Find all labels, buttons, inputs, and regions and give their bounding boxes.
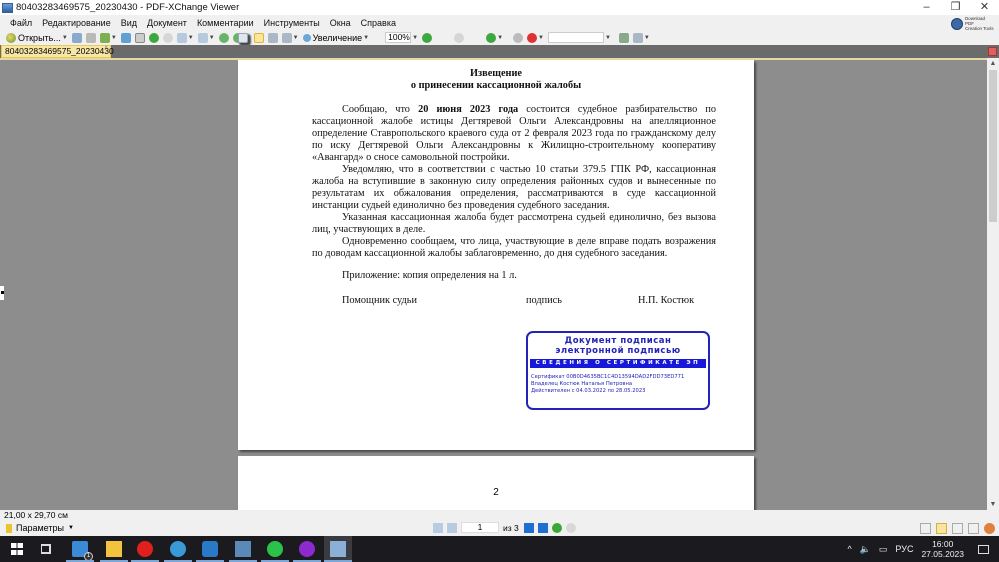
- file-explorer-icon[interactable]: [106, 541, 122, 557]
- rotate-left-icon: [219, 33, 229, 43]
- zoom-in-button[interactable]: [422, 31, 432, 44]
- paragraph: Указанная кассационная жалоба будет расс…: [312, 212, 716, 236]
- menu-help[interactable]: Справка: [361, 18, 396, 28]
- pdf-page-2: 2: [238, 456, 754, 510]
- pdf-page-1: Извещение о принесении кассационной жало…: [238, 60, 754, 450]
- snapshot-button[interactable]: ▼: [282, 31, 299, 44]
- snapshot-icon: [282, 33, 292, 43]
- signer-name: Н.П. Костюк: [638, 295, 694, 307]
- search-input[interactable]: [548, 32, 604, 43]
- chevron-down-icon: ▼: [644, 35, 650, 41]
- scan-icon: [121, 33, 131, 43]
- menu-bar: Файл Редактирование Вид Документ Коммент…: [0, 15, 999, 30]
- pen-icon: [633, 33, 643, 43]
- back-view-button[interactable]: [566, 523, 576, 533]
- view-button[interactable]: [513, 31, 523, 44]
- attachment-note: Приложение: копия определения на 1 л.: [342, 270, 517, 282]
- pen-tool-button[interactable]: ▼: [633, 31, 650, 44]
- previous-page-button[interactable]: [447, 523, 457, 533]
- redo-button[interactable]: ▼: [198, 31, 215, 44]
- document-properties-icon: [135, 33, 145, 43]
- document-view[interactable]: Извещение о принесении кассационной жало…: [0, 58, 987, 510]
- page-number: 2: [238, 487, 754, 498]
- show-hidden-icons-icon[interactable]: ^: [847, 544, 851, 554]
- fit-width-icon: [238, 33, 248, 43]
- email-button[interactable]: ▼: [100, 31, 117, 44]
- chevron-down-icon: ▼: [293, 35, 299, 41]
- undo-button[interactable]: ▼: [177, 31, 194, 44]
- stamp-certificate-header: СВЕДЕНИЯ О СЕРТИФИКАТЕ ЭП: [530, 359, 706, 368]
- notice-subtitle: о принесении кассационной жалобы: [238, 80, 754, 92]
- tab-label: 80403283469575_20230430: [5, 46, 114, 56]
- menu-windows[interactable]: Окна: [330, 18, 351, 28]
- hand-tool-button[interactable]: [254, 31, 264, 44]
- current-page-input[interactable]: 1: [461, 522, 499, 533]
- task-view-icon[interactable]: [41, 544, 51, 554]
- scan-button[interactable]: [121, 31, 131, 44]
- save-icon: [72, 33, 82, 43]
- windows-start-icon[interactable]: [11, 543, 23, 555]
- opera-browser-icon[interactable]: [137, 541, 153, 557]
- parameters-button[interactable]: Параметры ▼: [6, 523, 74, 533]
- rotate-left-button[interactable]: [219, 31, 229, 44]
- notice-title: Извещение: [238, 68, 754, 80]
- telegram-icon[interactable]: [170, 541, 186, 557]
- binoculars-icon: [527, 33, 537, 43]
- clock-time: 16:00: [921, 539, 964, 549]
- zoom-tool-button[interactable]: Увеличение▼: [303, 31, 370, 44]
- clock-date: 27.05.2023: [921, 549, 964, 559]
- signature-label: подпись: [526, 295, 562, 307]
- stamp-line2: электронной подписью: [555, 346, 680, 356]
- open-label: Открыть...: [18, 33, 61, 43]
- network-icon[interactable]: ▭: [879, 544, 888, 555]
- chevron-down-icon: ▼: [111, 35, 117, 41]
- main-toolbar: Открыть...▼ ▼ ▼ ▼ ▼ ▼ Увеличение▼ 100%▼ …: [0, 30, 999, 45]
- forward-view-button[interactable]: [552, 523, 562, 533]
- save-button[interactable]: [72, 31, 82, 44]
- print-icon: [86, 33, 96, 43]
- sign-button[interactable]: [619, 31, 629, 44]
- continuous-page-icon[interactable]: [936, 523, 947, 534]
- windows-taskbar: 1 ^ 🔈 ▭ РУС 16:00 27.05.2023: [0, 536, 999, 562]
- system-tray: ^ 🔈 ▭ РУС 16:00 27.05.2023: [847, 536, 999, 562]
- zoom-level-input[interactable]: 100%: [385, 32, 411, 43]
- chevron-down-icon: ▼: [497, 35, 503, 41]
- document-tab[interactable]: 80403283469575_20230430 ×: [1, 45, 111, 58]
- open-icon: [6, 33, 16, 43]
- scrollbar-thumb[interactable]: [989, 70, 997, 222]
- electronic-signature-stamp: Документ подписанэлектронной подписью СВ…: [526, 331, 710, 410]
- document-tab-strip: 80403283469575_20230430 ×: [0, 45, 999, 58]
- back-arrow-icon: [149, 33, 159, 43]
- mail-app-icon[interactable]: 1: [72, 541, 88, 557]
- paragraph: Одновременно сообщаем, что лица, участву…: [312, 236, 716, 260]
- parameters-label: Параметры: [16, 523, 64, 533]
- paragraph: Уведомляю, что в соответствии с частью 1…: [312, 164, 716, 212]
- chevron-down-icon: ▼: [538, 35, 544, 41]
- podcast-app-icon[interactable]: [299, 541, 315, 557]
- stamp-certificate: Сертификат 00B0D4635BC1C4D13594DAD2FDD73…: [531, 374, 708, 381]
- chevron-down-icon: ▼: [363, 35, 369, 41]
- page-navigation: 1 из 3: [433, 522, 580, 533]
- menu-file[interactable]: Файл: [10, 18, 32, 28]
- chevron-down-icon: ▼: [188, 35, 194, 41]
- outlook-icon[interactable]: [202, 541, 218, 557]
- window-title: 80403283469575_20230430 - PDF-XChange Vi…: [16, 2, 239, 13]
- hand-options-icon[interactable]: [984, 523, 995, 534]
- add-button[interactable]: ▼: [486, 31, 503, 44]
- page-layout-modes: [915, 523, 995, 534]
- continuous-facing-icon[interactable]: [968, 523, 979, 534]
- scroll-down-icon[interactable]: ▼: [987, 501, 999, 508]
- menu-tools[interactable]: Инструменты: [264, 18, 320, 28]
- tab-pin-icon[interactable]: ×: [104, 43, 108, 54]
- minimize-button[interactable]: –: [912, 0, 941, 15]
- notice-body: Сообщаю, что 20 июня 2023 года состоится…: [312, 104, 716, 260]
- menu-document[interactable]: Документ: [147, 18, 187, 28]
- scroll-up-icon[interactable]: ▲: [987, 60, 999, 67]
- search-tool-button[interactable]: ▼: [527, 31, 544, 44]
- sign-icon: [619, 33, 629, 43]
- side-panel-handle[interactable]: [0, 286, 4, 300]
- vertical-scrollbar[interactable]: ▲ ▼: [987, 58, 999, 510]
- paragraph: Сообщаю, что 20 июня 2023 года состоится…: [312, 104, 716, 164]
- zoom-in-icon: [422, 33, 432, 43]
- forward-arrow-icon: [163, 33, 173, 43]
- hand-tool-icon: [254, 33, 264, 43]
- signer-role: Помощник судьи: [342, 295, 417, 307]
- badge-line1: Download PDF: [965, 16, 985, 26]
- select-text-button[interactable]: [268, 31, 278, 44]
- whatsapp-icon[interactable]: [267, 541, 283, 557]
- search-dropdown-icon[interactable]: ▼: [605, 35, 611, 41]
- last-page-button[interactable]: [538, 523, 548, 533]
- open-button[interactable]: Открыть...▼: [6, 31, 68, 44]
- stamp-line1: Документ подписан: [565, 336, 672, 346]
- mail-badge: 1: [84, 552, 93, 561]
- forward-button[interactable]: [163, 31, 173, 44]
- chevron-down-icon: ▼: [209, 35, 215, 41]
- close-document-button[interactable]: [988, 47, 997, 56]
- menu-view[interactable]: Вид: [121, 18, 137, 28]
- print-button[interactable]: [86, 31, 96, 44]
- remote-desktop-icon[interactable]: [235, 541, 251, 557]
- language-indicator[interactable]: РУС: [895, 544, 913, 554]
- single-page-icon[interactable]: [920, 523, 931, 534]
- maximize-button[interactable]: ❐: [941, 0, 970, 15]
- chevron-down-icon: ▼: [68, 525, 74, 531]
- menu-comments[interactable]: Комментарии: [197, 18, 254, 28]
- email-icon: [100, 33, 110, 43]
- zoom-label: Увеличение: [313, 33, 363, 43]
- typewriter-button[interactable]: [454, 31, 464, 44]
- select-text-icon: [268, 33, 278, 43]
- notifications-icon[interactable]: [978, 545, 989, 554]
- magnifier-icon: [303, 34, 311, 42]
- hand-cursor-icon: [951, 18, 963, 30]
- undo-icon: [177, 33, 187, 43]
- typewriter-icon: [454, 33, 464, 43]
- eye-icon: [513, 33, 523, 43]
- stamp-validity: Действителен с 04.03.2022 по 28.05.2023: [531, 388, 708, 395]
- title-bar: 80403283469575_20230430 - PDF-XChange Vi…: [0, 0, 999, 15]
- volume-icon[interactable]: 🔈: [860, 544, 871, 555]
- back-button[interactable]: [149, 31, 159, 44]
- first-page-button[interactable]: [433, 523, 443, 533]
- next-page-button[interactable]: [524, 523, 534, 533]
- menu-edit[interactable]: Редактирование: [42, 18, 111, 28]
- close-button[interactable]: ✕: [970, 0, 999, 15]
- page-size-status: 21,00 x 29,70 см: [0, 510, 999, 521]
- redo-icon: [198, 33, 208, 43]
- add-icon: [486, 33, 496, 43]
- properties-button[interactable]: [135, 31, 145, 44]
- facing-pages-icon[interactable]: [952, 523, 963, 534]
- stamp-owner: Владелец Костюк Наталья Петровна: [531, 381, 708, 388]
- zoom-dropdown-icon[interactable]: ▼: [412, 35, 418, 41]
- pdf-xchange-viewer-icon[interactable]: [330, 541, 346, 557]
- clock[interactable]: 16:00 27.05.2023: [921, 539, 964, 559]
- parameters-icon: [6, 524, 12, 533]
- bottom-toolbar: Параметры ▼ 1 из 3: [0, 521, 999, 536]
- app-icon: [2, 3, 13, 13]
- chevron-down-icon: ▼: [62, 35, 68, 41]
- page-count: из 3: [503, 523, 519, 533]
